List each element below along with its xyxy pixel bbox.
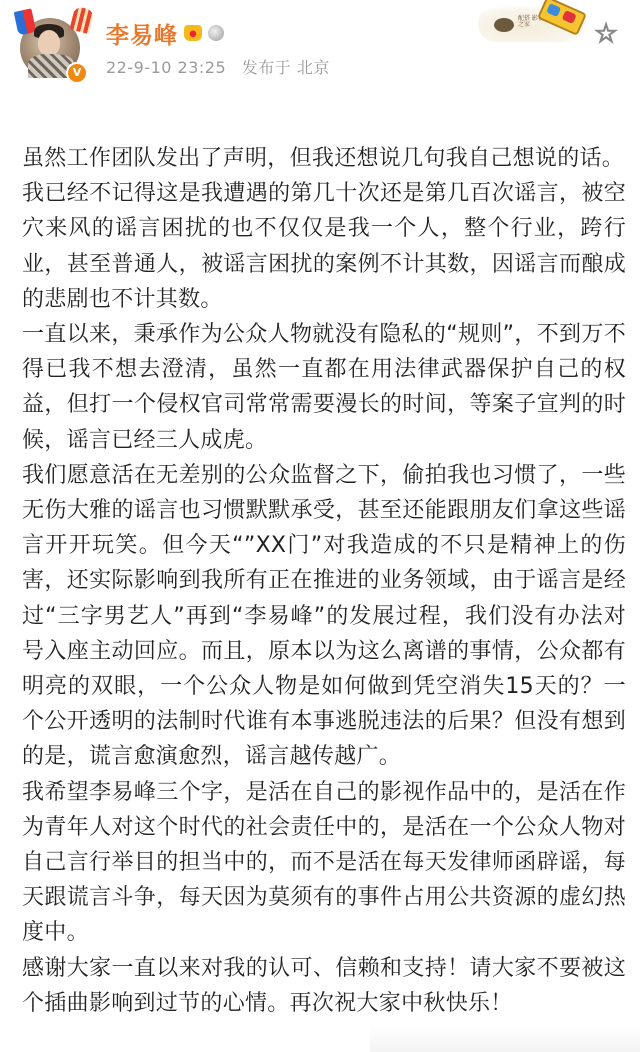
avatar[interactable]: V (16, 4, 96, 80)
favorite-star-icon[interactable]: ☆ (592, 20, 620, 48)
paragraph: 我们愿意活在无差别的公众监督之下，偷拍我也习惯了，一些无伤大雅的谣言也习惯默默承… (22, 458, 626, 775)
paragraph: 虽然工作团队发出了声明，但我还想说几句我自己想说的话。 (22, 141, 626, 176)
paragraph: 我希望李易峰三个字，是活在自己的影视作品中的，是活在作为青年人对这个时代的社会责… (22, 775, 626, 951)
post-header: V 李易峰 22-9-10 23:25 发布于 北京 配搭 影视之家 ☆ (0, 0, 640, 90)
soda-cup-icon (14, 8, 37, 35)
post-body: 虽然工作团队发出了声明，但我还想说几句我自己想说的话。 我已经不记得这是我遭遇的… (22, 141, 626, 1021)
paragraph: 我已经不记得这是我遭遇的第几十次还是第几百次谣言，被空穴来风的谣言困扰的也不仅仅… (22, 176, 626, 317)
author-name[interactable]: 李易峰 (106, 17, 178, 50)
medal-icon[interactable] (208, 25, 224, 41)
post-meta: 22-9-10 23:25 发布于 北京 (106, 55, 340, 78)
crown-icon[interactable] (184, 25, 202, 41)
paragraph: 一直以来，秉承作为公众人物就没有隐私的“规则”，不到万不得已我不想去澄清，虽然一… (22, 317, 626, 458)
paragraph: 感谢大家一直以来对我的认可、信赖和支持！请大家不要被这个插曲影响到过节的心情。再… (22, 951, 626, 1021)
sticker-logo-icon (494, 18, 514, 32)
avatar-face (38, 30, 60, 56)
author-row: 李易峰 (106, 18, 224, 48)
post-location: 发布于 北京 (242, 58, 330, 77)
popcorn-icon (69, 6, 94, 34)
bottom-fade (370, 1026, 640, 1052)
verified-badge-icon: V (66, 62, 88, 84)
post-timestamp: 22-9-10 23:25 (106, 58, 226, 77)
